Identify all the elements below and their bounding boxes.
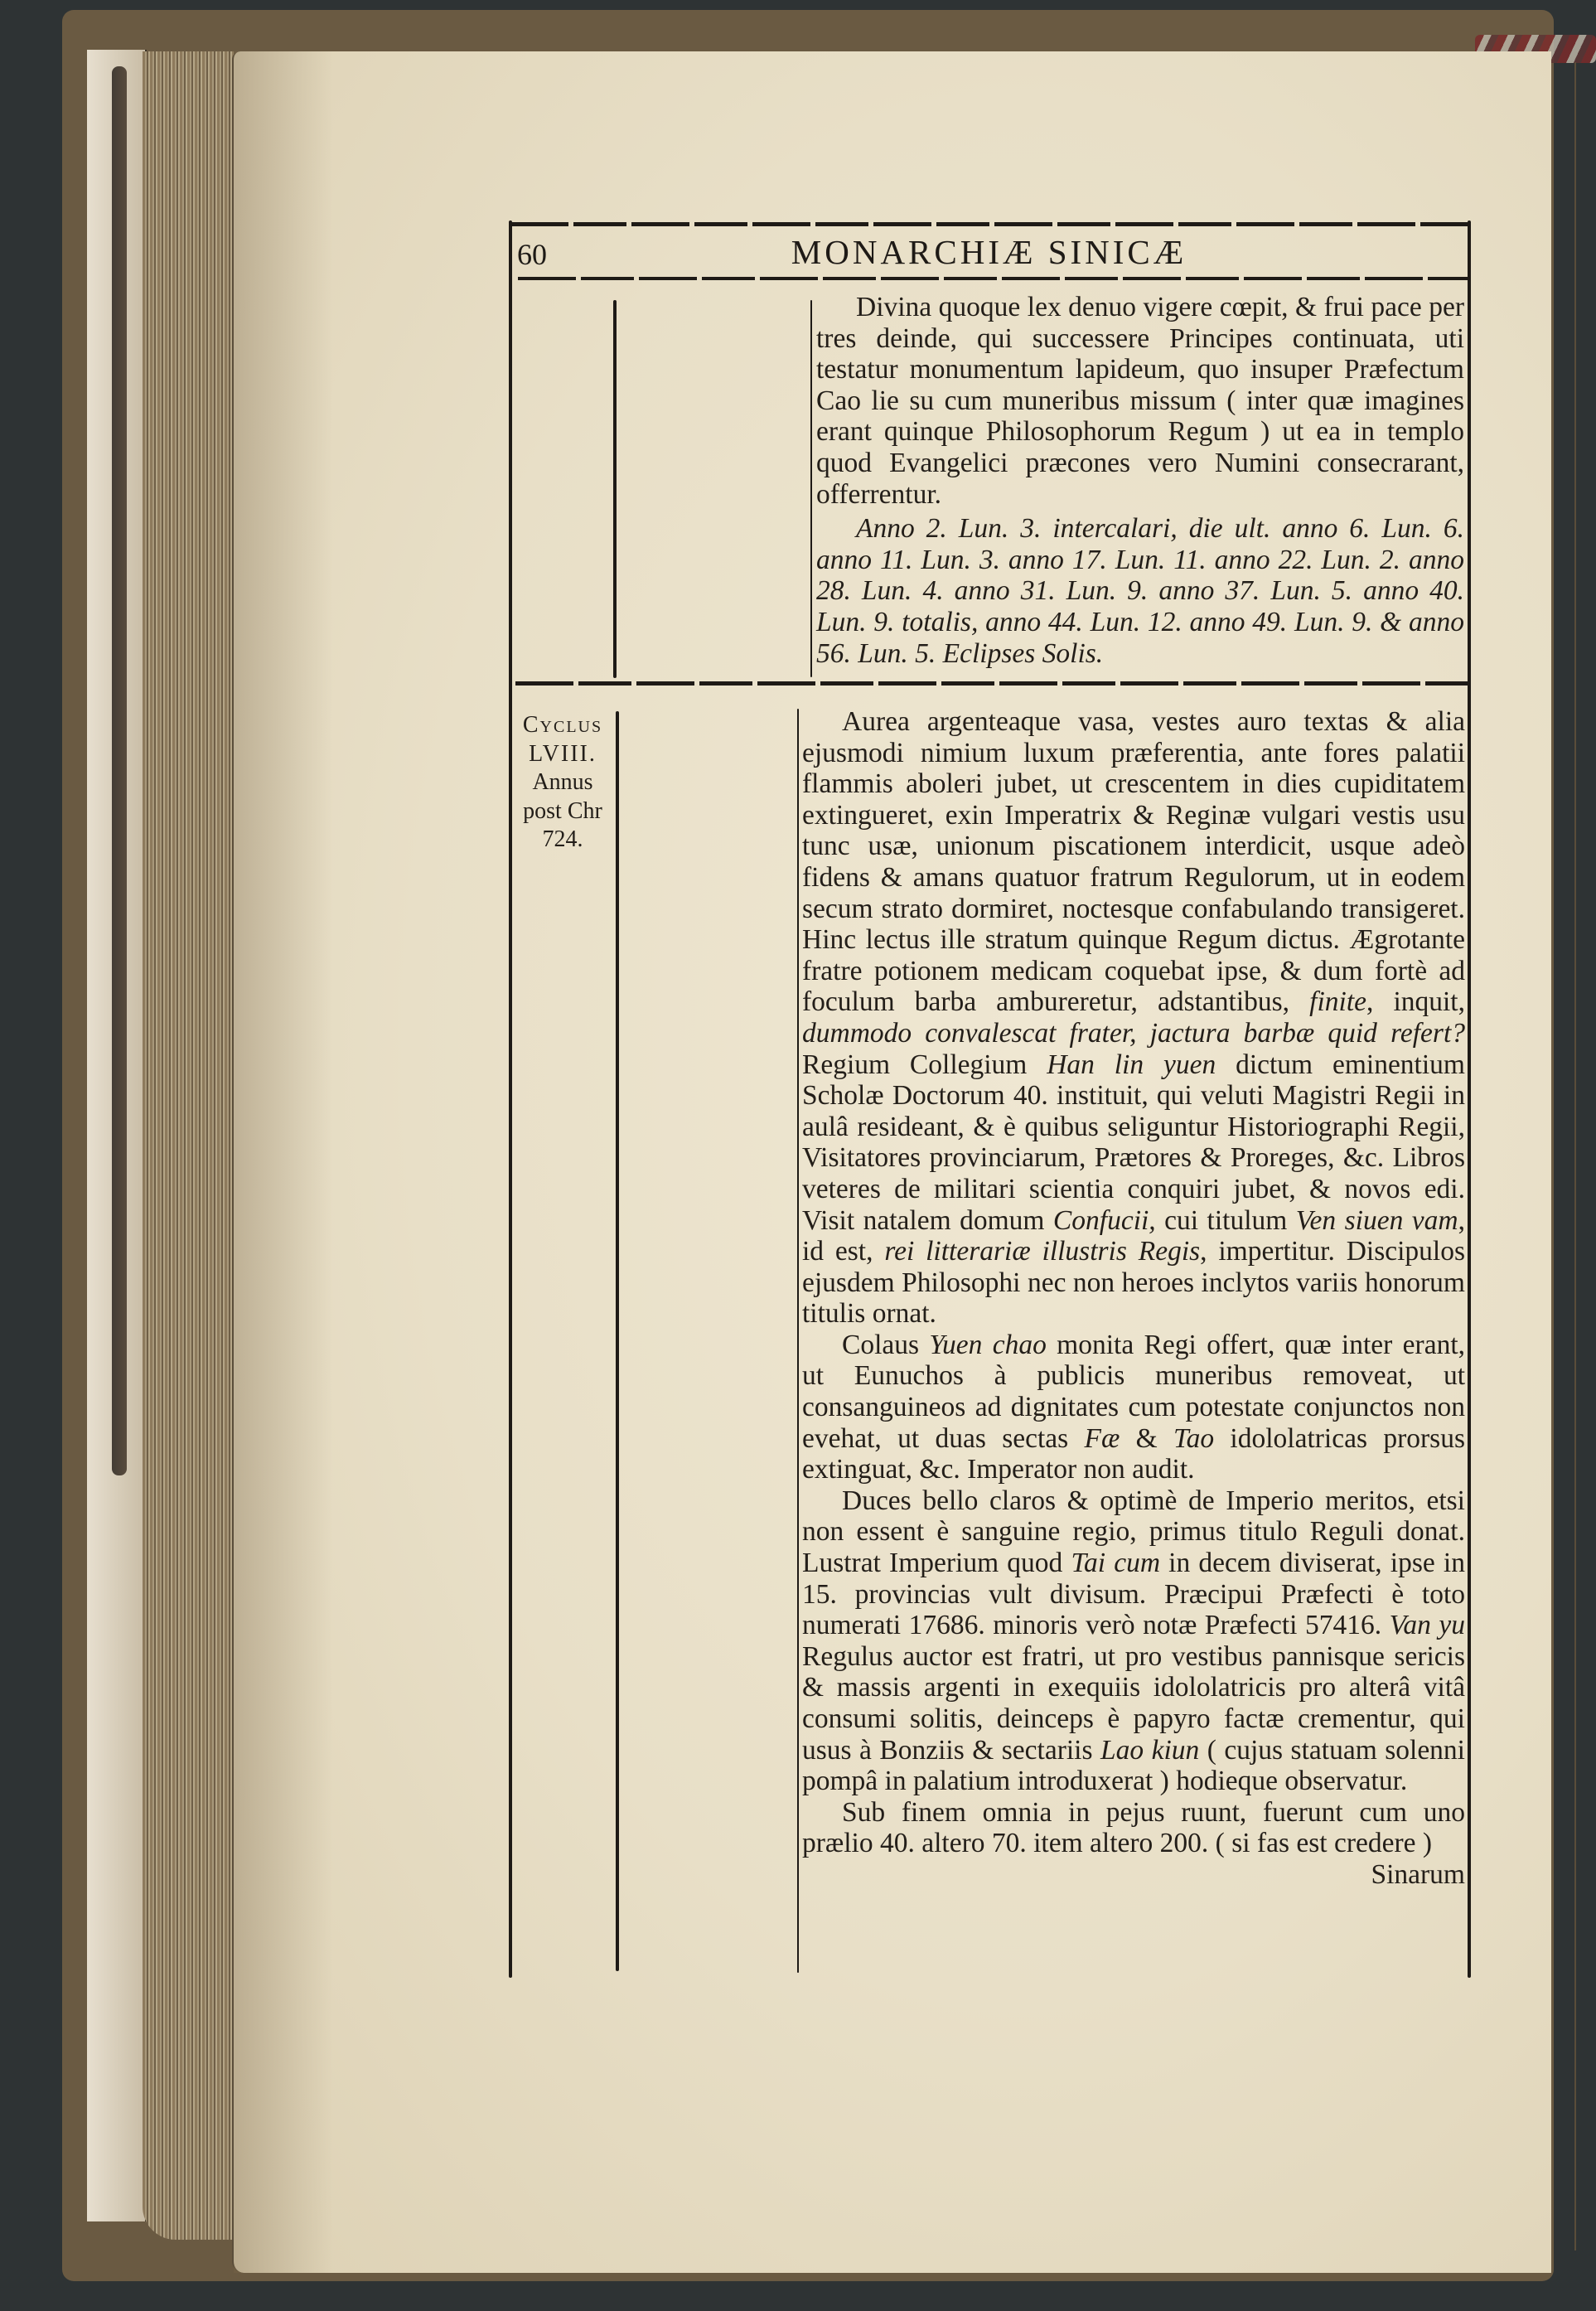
text-run: Colaus	[842, 1330, 929, 1360]
paragraph-duces: Duces bello claros & optimè de Imperio m…	[802, 1485, 1465, 1797]
italic-run: Fæ	[1085, 1423, 1120, 1454]
section-divider	[515, 681, 1468, 686]
page-edges	[143, 51, 234, 2240]
text-run: cui titulum	[1156, 1205, 1296, 1236]
italic-run: Confucii,	[1053, 1205, 1156, 1236]
upper-section: Divina quoque lex denuo vigere cœpit, & …	[816, 292, 1464, 669]
sidenote-post-chr: post Chr	[510, 797, 616, 826]
italic-run: Ven siuen vam	[1296, 1205, 1458, 1236]
sidenote-annus: Annus	[510, 768, 616, 797]
column-rule-lower	[616, 711, 619, 1971]
sidenote-cycle-number: LVIII.	[510, 740, 616, 769]
text-rule-upper	[810, 300, 812, 677]
sidenote-year: 724.	[510, 826, 616, 855]
italic-run: dummodo convalescat frater, jactura barb…	[802, 1018, 1465, 1049]
running-title: MONARCHIÆ SINICÆ	[510, 232, 1468, 272]
text-run: &	[1120, 1423, 1173, 1454]
column-rule-upper	[613, 300, 617, 678]
paragraph-aurea: Aurea argenteaque vasa, vestes auro text…	[802, 706, 1465, 1330]
cycle-sidenote: Cyclus LVIII. Annus post Chr 724.	[510, 711, 616, 855]
italic-run: Han lin yuen	[1047, 1049, 1216, 1080]
torn-flyleaf	[112, 66, 127, 1475]
text-rule-lower	[797, 709, 799, 1973]
gutter-shadow	[234, 51, 333, 2273]
text-run: , inquit,	[1366, 986, 1465, 1017]
italic-run: Tao	[1173, 1423, 1214, 1454]
italic-run: Lao kiun	[1100, 1735, 1199, 1766]
text-run: Regium Collegium	[802, 1049, 1047, 1080]
paragraph-colaus: Colaus Yuen chao monita Regi offert, quæ…	[802, 1330, 1465, 1485]
next-page-edge	[1574, 62, 1576, 2250]
paragraph-sub-finem: Sub finem omnia in pejus ruunt, fuerunt …	[802, 1797, 1465, 1859]
outer-left-rule	[509, 220, 512, 1978]
italic-run: Yuen chao	[929, 1330, 1046, 1360]
header-rule	[518, 277, 1469, 280]
italic-run: Van yu	[1390, 1610, 1465, 1640]
sidenote-cyclus: Cyclus	[510, 711, 616, 740]
eclipse-list: Anno 2. Lun. 3. intercalari, die ult. an…	[816, 513, 1464, 669]
paragraph-divina: Divina quoque lex denuo vigere cœpit, & …	[816, 292, 1464, 510]
italic-run: rei litterariæ illustris Regis	[884, 1236, 1200, 1267]
italic-run: Tai cum	[1071, 1548, 1160, 1578]
catchword: Sinarum	[802, 1859, 1465, 1891]
outer-right-rule	[1468, 220, 1471, 1978]
top-rule	[510, 222, 1470, 226]
lower-section: Aurea argenteaque vasa, vestes auro text…	[802, 706, 1465, 1891]
running-head: 60 MONARCHIÆ SINICÆ	[510, 230, 1468, 274]
text-run: Aurea argenteaque vasa, vestes auro text…	[802, 706, 1465, 1017]
italic-run: finite	[1309, 986, 1366, 1017]
